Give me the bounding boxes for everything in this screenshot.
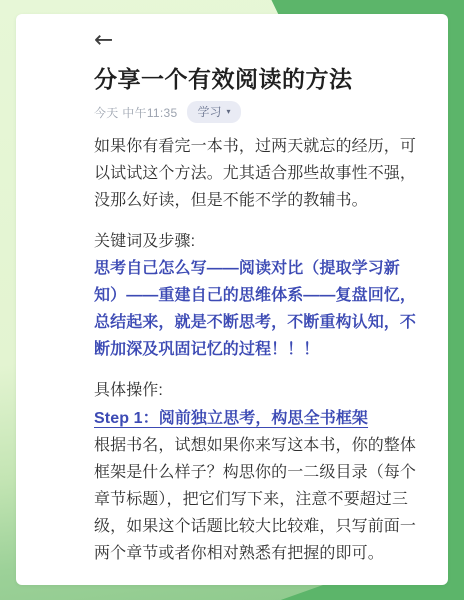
back-arrow-icon: ← (94, 27, 113, 53)
note-timestamp: 今天 中午11:35 (94, 104, 177, 121)
category-tag-dropdown[interactable]: 学习 ▾ (187, 101, 240, 123)
note-body: 如果你有看完一本书，过两天就忘的经历，可以试试这个方法。尤其适合那些故事性不强，… (94, 133, 416, 567)
chevron-down-icon: ▾ (227, 108, 231, 116)
category-tag-label: 学习 (197, 103, 221, 120)
note-meta-row: 今天 中午11:35 学习 ▾ (94, 103, 416, 121)
keywords-heading: 关键词及步骤: (94, 228, 416, 255)
step1-title: Step 1：阅前独立思考，构思全书框架 (94, 406, 416, 432)
keywords-paragraph: 思考自己怎么写——阅读对比（提取学习新知）——重建自己的思维体系——复盘回忆，总… (94, 255, 416, 363)
step1-paragraph: 根据书名，试想如果你来写这本书，你的整体框架是什么样子？构思你的一二级目录（每个… (94, 432, 416, 567)
back-button[interactable]: ← (94, 28, 122, 52)
note-title: 分享一个有效阅读的方法 (94, 64, 416, 94)
steps-heading: 具体操作: (94, 377, 416, 404)
note-card: ← 分享一个有效阅读的方法 今天 中午11:35 学习 ▾ 如果你有看完一本书，… (16, 14, 448, 585)
intro-paragraph: 如果你有看完一本书，过两天就忘的经历，可以试试这个方法。尤其适合那些故事性不强，… (94, 133, 416, 214)
